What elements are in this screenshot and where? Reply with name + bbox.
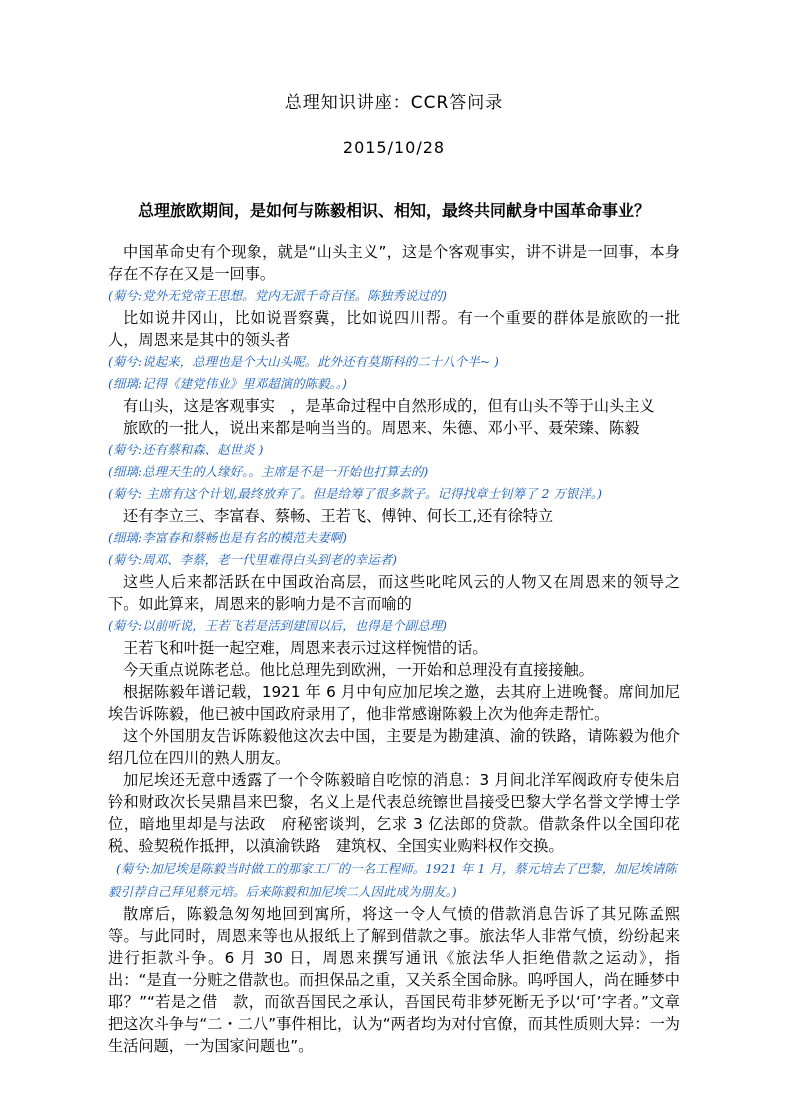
paragraph: 今天重点说陈老总。他比总理先到欧洲，一开始和总理没有直接接触。 [108, 659, 680, 681]
comment: (细璃:李富春和蔡畅也是有名的模范夫妻啊) [108, 527, 680, 549]
paragraph: 散席后，陈毅急匆匆地回到寓所，将这一令人气愤的借款消息告诉了其兄陈孟熙等。与此同… [108, 903, 680, 1057]
comment: (菊兮:说起来，总理也是个大山头呢。此外还有莫斯科的二十八个半~ ) [108, 351, 680, 373]
paragraph: 加尼埃还无意中透露了一个令陈毅暗自吃惊的消息：3 月间北洋军阀政府专使朱启钤和财… [108, 769, 680, 857]
comment: (细璃:总理天生的人缘好。。主席是不是一开始也打算去的) [108, 461, 680, 483]
document-title: 总理知识讲座：CCR答问录 [108, 92, 680, 114]
paragraph: 这个外国朋友告诉陈毅他这次去中国，主要是为勘建滇、渝的铁路，请陈毅为他介绍几位在… [108, 725, 680, 769]
comment: (菊兮:加尼埃是陈毅当时做工的那家工厂的一名工程师。1921 年 1 月，蔡元培… [108, 857, 680, 903]
document-body: 中国革命史有个现象，就是“山头主义”，这是个客观事实，讲不讲是一回事，本身存在不… [108, 241, 680, 1057]
paragraph: 根据陈毅年谱记载，1921 年 6 月中旬应加尼埃之邀，去其府上进晚餐。席间加尼… [108, 681, 680, 725]
document-page: 总理知识讲座：CCR答问录 2015/10/28 总理旅欧期间，是如何与陈毅相识… [108, 92, 680, 1057]
paragraph: 还有李立三、李富春、蔡畅、王若飞、傅钟、何长工,还有徐特立 [108, 505, 680, 527]
comment: (菊兮:党外无党帝王思想。党内无派千奇百怪。陈独秀说过的) [108, 285, 680, 307]
paragraph: 王若飞和叶挺一起空难，周恩来表示过这样惋惜的话。 [108, 637, 680, 659]
paragraph: 比如说井冈山，比如说晋察冀，比如说四川帮。有一个重要的群体是旅欧的一批人，周恩来… [108, 307, 680, 351]
paragraph: 有山头，这是客观事实 ，是革命过程中自然形成的，但有山头不等于山头主义 [108, 395, 680, 417]
comment: (菊兮:以前听说，王若飞若是活到建国以后，也得是个副总理) [108, 615, 680, 637]
paragraph: 旅欧的一批人，说出来都是响当当的。周恩来、朱德、邓小平、聂荣臻、陈毅 [108, 417, 680, 439]
comment: (菊兮: 主席有这个计划,最终放弃了。但是给筹了很多款子。记得找章士钊筹了 2 … [108, 483, 680, 505]
document-date: 2015/10/28 [108, 137, 680, 159]
question-heading: 总理旅欧期间，是如何与陈毅相识、相知，最终共同献身中国革命事业？ [108, 200, 680, 222]
comment: (菊兮:周邓、李蔡，老一代里难得白头到老的幸运者) [108, 549, 680, 571]
comment: (菊兮:还有蔡和森、赵世炎 ) [108, 439, 680, 461]
comment: (细璃:记得《建党伟业》里邓超演的陈毅。。) [108, 373, 680, 395]
paragraph: 中国革命史有个现象，就是“山头主义”，这是个客观事实，讲不讲是一回事，本身存在不… [108, 241, 680, 285]
paragraph: 这些人后来都活跃在中国政治高层，而这些叱咤风云的人物又在周恩来的领导之下。如此算… [108, 571, 680, 615]
